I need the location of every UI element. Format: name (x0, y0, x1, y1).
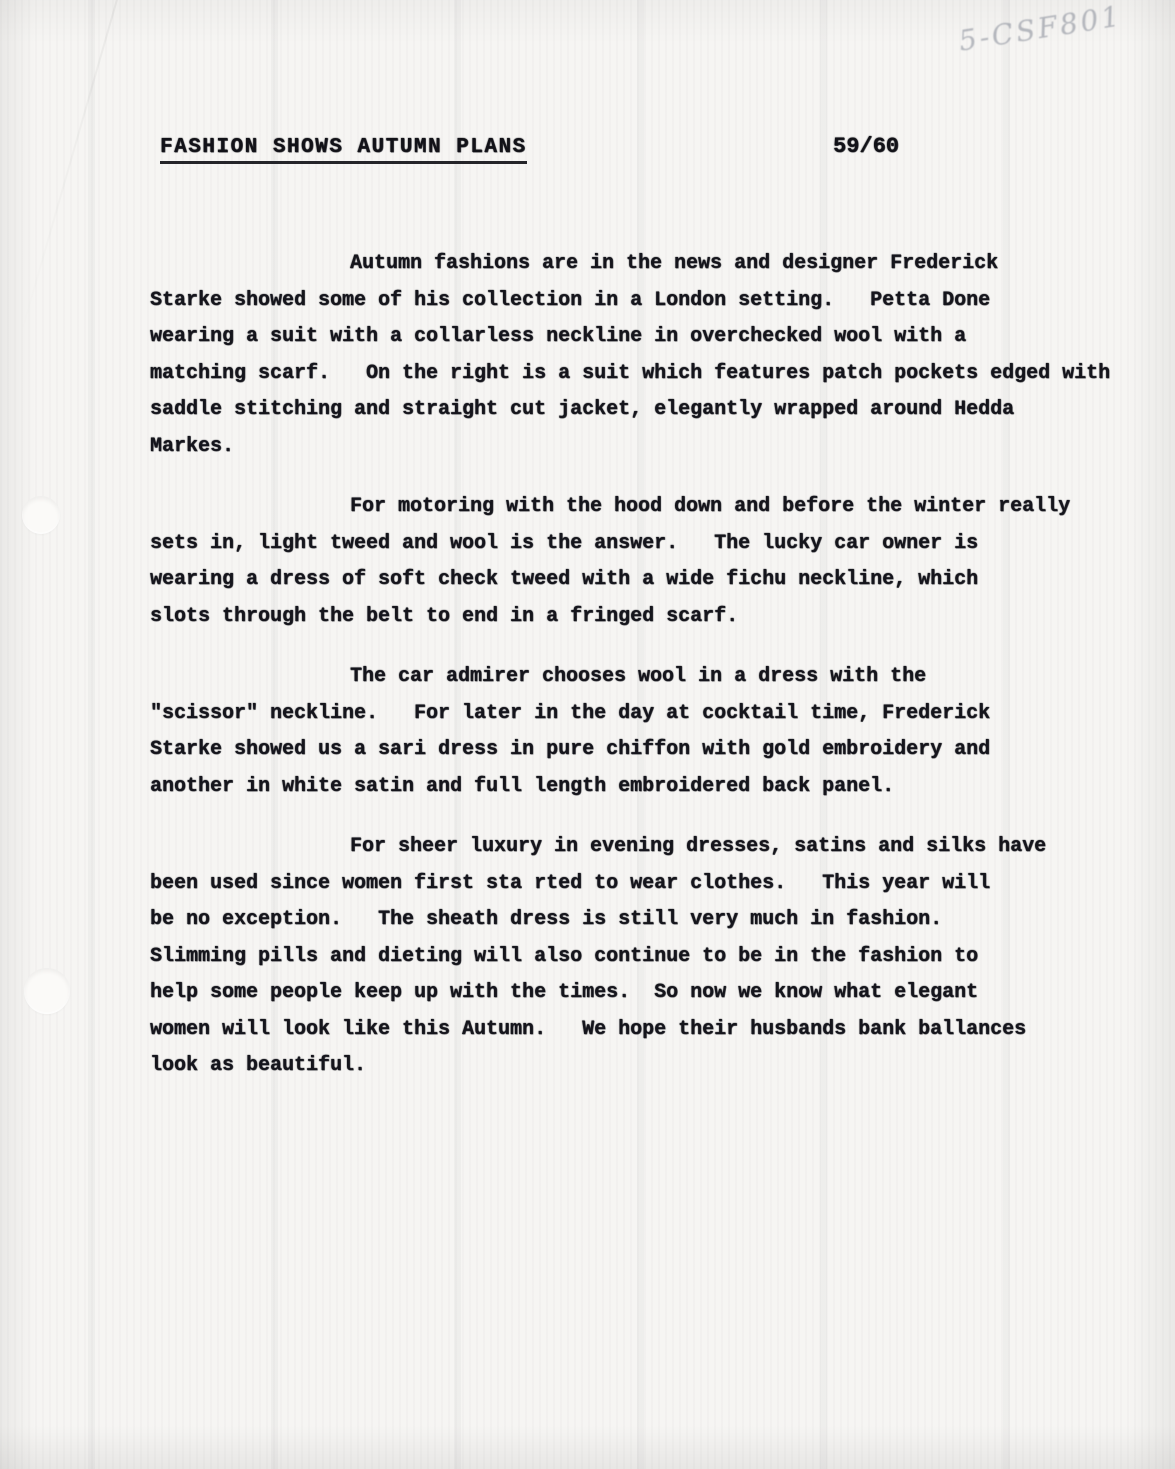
document-title: FASHION SHOWS AUTUMN PLANS (160, 136, 527, 164)
text-line: Starke showed some of his collection in … (150, 283, 1160, 320)
scanned-document-page: 5-CSF801 FASHION SHOWS AUTUMN PLANS 59/6… (0, 0, 1175, 1469)
text-line: The car admirer chooses wool in a dress … (150, 659, 1160, 696)
text-line: be no exception. The sheath dress is sti… (150, 902, 1160, 939)
text-line: help some people keep up with the times.… (150, 975, 1160, 1012)
text-line: women will look like this Autumn. We hop… (150, 1012, 1160, 1049)
text-line: sets in, light tweed and wool is the ans… (150, 526, 1160, 563)
paragraph-1: Autumn fashions are in the news and desi… (150, 246, 1160, 465)
page-number: 59/60 (833, 134, 899, 159)
text-line: another in white satin and full length e… (150, 769, 1160, 806)
paragraph-4: For sheer luxury in evening dresses, sat… (150, 829, 1160, 1085)
document-body: Autumn fashions are in the news and desi… (150, 246, 1160, 1109)
paragraph-3: The car admirer chooses wool in a dress … (150, 659, 1160, 805)
paragraph-2: For motoring with the hood down and befo… (150, 489, 1160, 635)
text-line: Markes. (150, 429, 1160, 466)
punch-hole-bottom (24, 968, 70, 1014)
text-line: Autumn fashions are in the news and desi… (150, 246, 1160, 283)
text-line: For sheer luxury in evening dresses, sat… (150, 829, 1160, 866)
punch-hole-top (22, 496, 60, 534)
text-line: wearing a suit with a collarless necklin… (150, 319, 1160, 356)
text-line: been used since women first sta rted to … (150, 866, 1160, 903)
text-line: wearing a dress of soft check tweed with… (150, 562, 1160, 599)
text-line: Starke showed us a sari dress in pure ch… (150, 732, 1160, 769)
paper-crease (18, 0, 125, 343)
handwritten-reference-mark: 5-CSF801 (956, 0, 1124, 58)
text-line: "scissor" neckline. For later in the day… (150, 696, 1160, 733)
text-line: slots through the belt to end in a fring… (150, 599, 1160, 636)
text-line: look as beautiful. (150, 1048, 1160, 1085)
text-line: saddle stitching and straight cut jacket… (150, 392, 1160, 429)
text-line: For motoring with the hood down and befo… (150, 489, 1160, 526)
text-line: Slimming pills and dieting will also con… (150, 939, 1160, 976)
text-line: matching scarf. On the right is a suit w… (150, 356, 1160, 393)
